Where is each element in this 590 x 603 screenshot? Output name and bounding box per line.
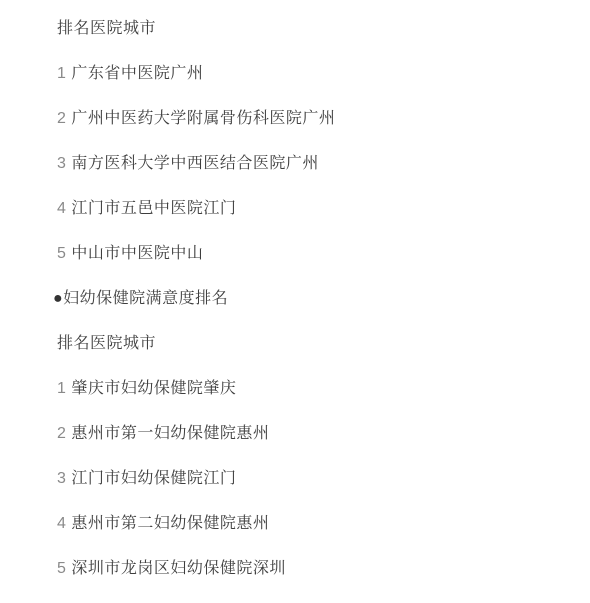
- hospital-column-label: 医院: [90, 335, 123, 352]
- city-name: 惠州: [236, 515, 269, 532]
- hospital-name: 肇庆市妇幼保健院: [71, 380, 203, 397]
- rank-number: 4: [57, 515, 66, 532]
- rank-number: 4: [57, 200, 66, 217]
- hospital-name: 广东省中医院: [71, 65, 170, 82]
- city-name: 深圳: [253, 560, 286, 577]
- rank-number: 3: [57, 155, 66, 172]
- hospital-name: 南方医科大学中西医结合医院: [71, 155, 286, 172]
- tcm-ranking-row: 1广东省中医院广州: [57, 63, 570, 84]
- mch-section-title: ●妇幼保健院满意度排名: [57, 288, 570, 309]
- article-body: 排名医院城市 1广东省中医院广州 2广州中医药大学附属骨伤科医院广州 3南方医科…: [0, 0, 590, 579]
- section-title-text: 妇幼保健院满意度排名: [63, 290, 228, 307]
- tcm-table-header-row: 排名医院城市: [57, 18, 570, 39]
- tcm-ranking-row: 3南方医科大学中西医结合医院广州: [57, 153, 570, 174]
- mch-ranking-row: 5深圳市龙岗区妇幼保健院深圳: [57, 558, 570, 579]
- city-column-label: 城市: [123, 335, 156, 352]
- hospital-name: 深圳市龙岗区妇幼保健院: [71, 560, 253, 577]
- city-name: 广州: [286, 155, 319, 172]
- rank-number: 1: [57, 65, 66, 82]
- rank-number: 5: [57, 245, 66, 262]
- city-name: 江门: [203, 200, 236, 217]
- mch-ranking-row: 2惠州市第一妇幼保健院惠州: [57, 423, 570, 444]
- city-name: 中山: [170, 245, 203, 262]
- rank-number: 5: [57, 560, 66, 577]
- mch-ranking-row: 1肇庆市妇幼保健院肇庆: [57, 378, 570, 399]
- hospital-name: 江门市五邑中医院: [71, 200, 203, 217]
- tcm-ranking-row: 2广州中医药大学附属骨伤科医院广州: [57, 108, 570, 129]
- city-name: 惠州: [236, 425, 269, 442]
- rank-column-label: 排名: [57, 20, 90, 37]
- city-name: 江门: [203, 470, 236, 487]
- mch-ranking-row: 3江门市妇幼保健院江门: [57, 468, 570, 489]
- hospital-name: 广州中医药大学附属骨伤科医院: [71, 110, 302, 127]
- hospital-name: 中山市中医院: [71, 245, 170, 262]
- mch-table-header-row: 排名医院城市: [57, 333, 570, 354]
- city-name: 广州: [170, 65, 203, 82]
- rank-number: 2: [57, 425, 66, 442]
- bullet-icon: ●: [53, 290, 63, 307]
- city-name: 广州: [302, 110, 335, 127]
- mch-ranking-row: 4惠州市第二妇幼保健院惠州: [57, 513, 570, 534]
- rank-column-label: 排名: [57, 335, 90, 352]
- city-name: 肇庆: [203, 380, 236, 397]
- hospital-name: 惠州市第二妇幼保健院: [71, 515, 236, 532]
- tcm-ranking-row: 4江门市五邑中医院江门: [57, 198, 570, 219]
- tcm-ranking-row: 5中山市中医院中山: [57, 243, 570, 264]
- rank-number: 3: [57, 470, 66, 487]
- rank-number: 1: [57, 380, 66, 397]
- rank-number: 2: [57, 110, 66, 127]
- hospital-column-label: 医院: [90, 20, 123, 37]
- hospital-name: 江门市妇幼保健院: [71, 470, 203, 487]
- hospital-name: 惠州市第一妇幼保健院: [71, 425, 236, 442]
- city-column-label: 城市: [123, 20, 156, 37]
